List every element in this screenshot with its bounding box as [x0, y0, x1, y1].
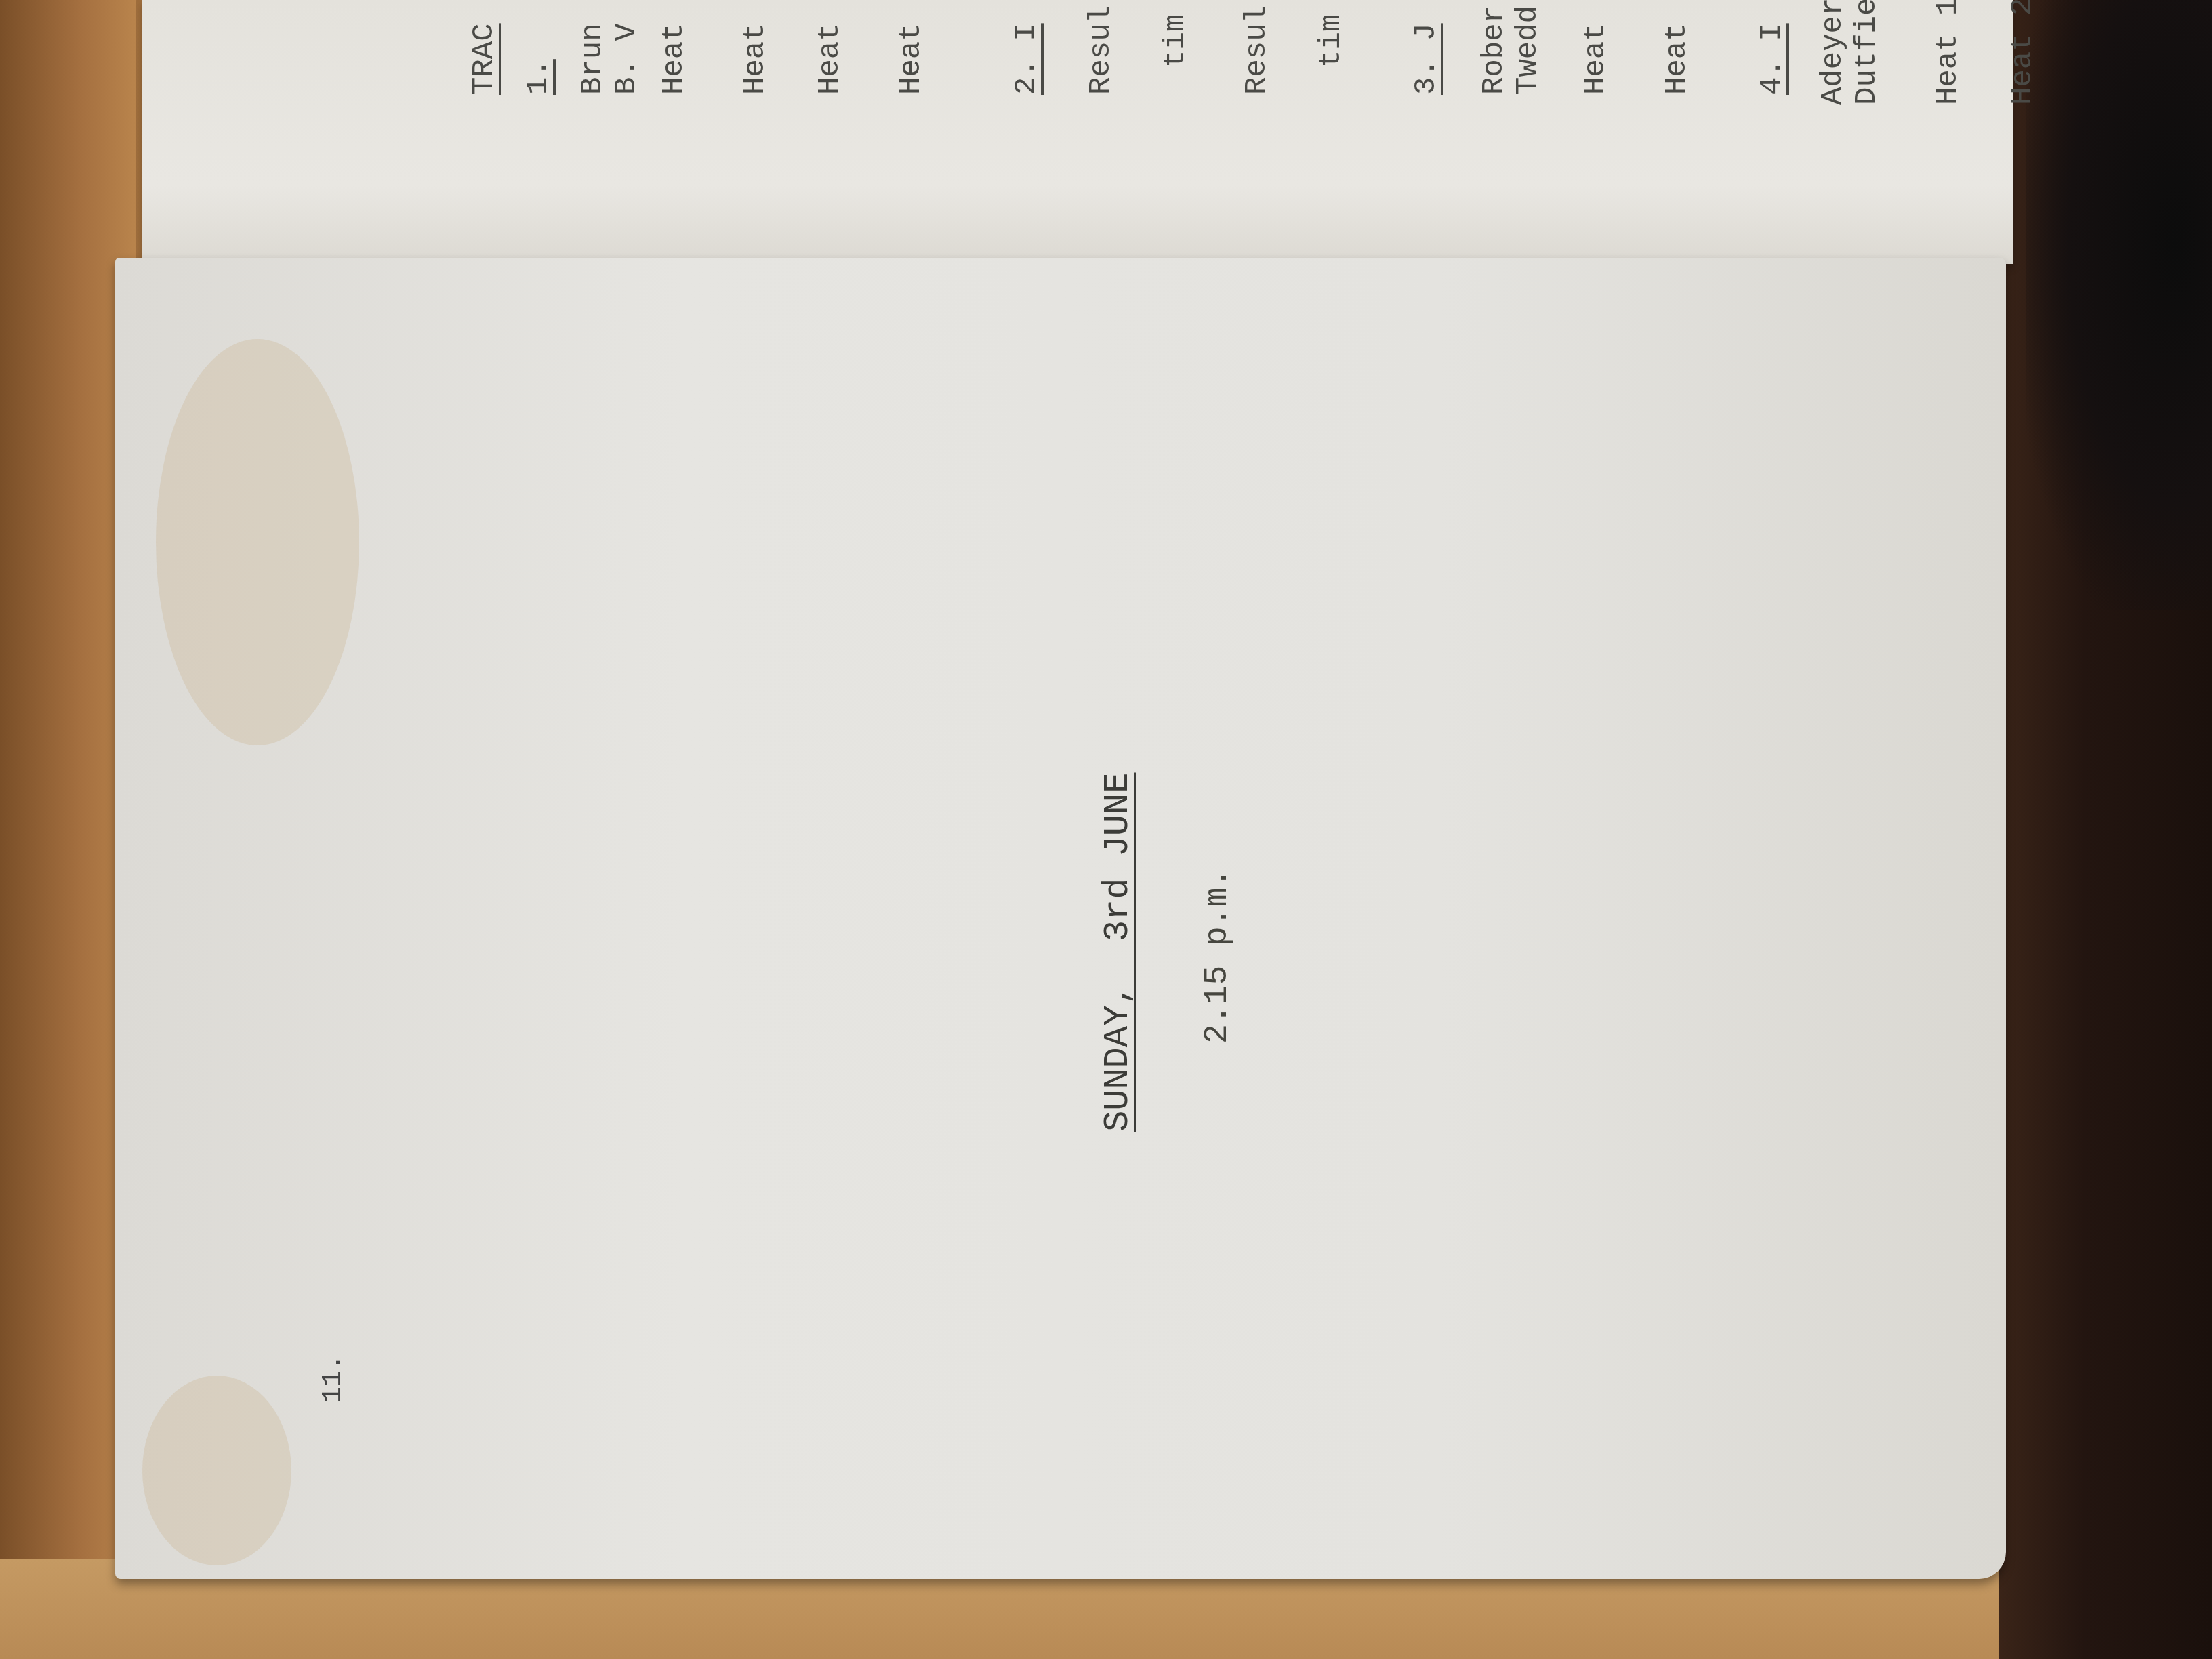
- prev-line: Brun: [576, 23, 610, 95]
- previous-page: TRAC 1. Brun B. V Heat Heat Heat Heat 2.…: [142, 0, 2013, 264]
- prev-line: 2. I: [1010, 23, 1044, 95]
- prev-line: Heat: [1579, 23, 1613, 95]
- prev-line: Dutfie: [1850, 0, 1884, 105]
- main-page: 11. SUNDAY, 3rd JUNE 2.15 p.m.: [115, 258, 2006, 1579]
- prev-line: Rober: [1477, 5, 1511, 95]
- prev-line: 3. J: [1410, 23, 1443, 95]
- prev-line: tim: [1159, 14, 1193, 68]
- prev-line: Heat: [1660, 23, 1694, 95]
- prev-line: Twedd: [1511, 5, 1545, 95]
- prev-line: Heat: [739, 23, 773, 95]
- paper-stain: [142, 1376, 291, 1565]
- prev-line: 1.: [522, 59, 556, 95]
- prev-line: Resul: [1240, 5, 1274, 95]
- prev-line: Heat: [813, 23, 847, 95]
- prev-line: B. V: [610, 23, 644, 95]
- page-number: 11.: [319, 1354, 349, 1403]
- prev-line: Heat 1: [1931, 0, 1965, 105]
- prev-line: Resul: [1084, 5, 1118, 95]
- start-time: 2.15 p.m.: [1200, 868, 1236, 1044]
- page-title: SUNDAY, 3rd JUNE: [1098, 773, 1138, 1132]
- prev-line: TRAC: [468, 23, 501, 95]
- prev-line: Heat: [895, 23, 928, 95]
- prev-line: Heat 2: [2006, 0, 2040, 105]
- prev-line: Adeyer: [1816, 0, 1850, 105]
- prev-line: 4. I: [1755, 23, 1789, 95]
- prev-line: tim: [1315, 14, 1349, 68]
- prev-line: Heat: [657, 23, 691, 95]
- dark-object-corner: [2026, 0, 2212, 610]
- paper-stain: [156, 339, 359, 745]
